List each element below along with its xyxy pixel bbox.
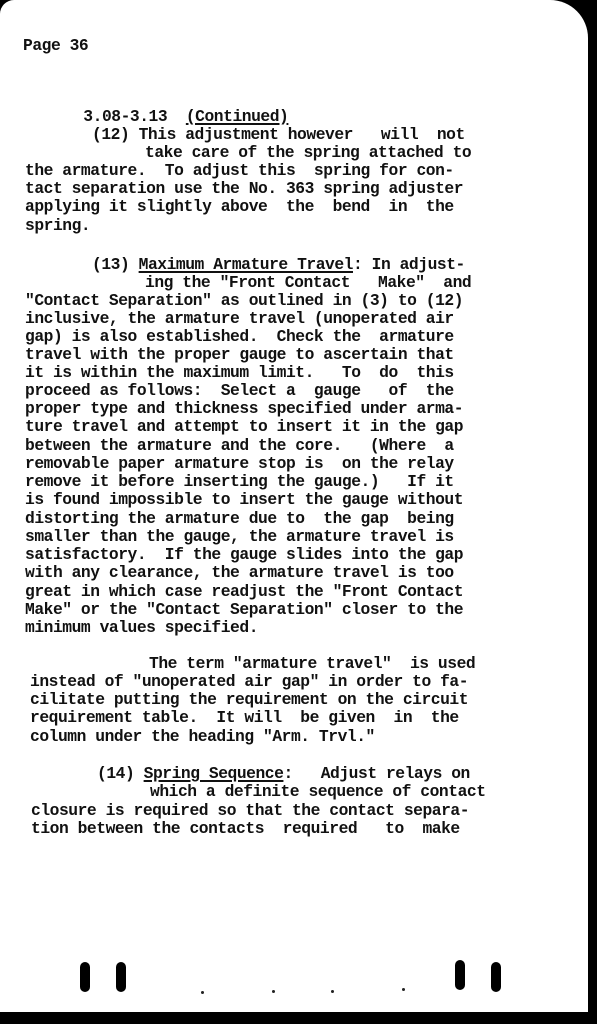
text-line: take care of the spring attached to: [145, 144, 471, 162]
paper-speck: [201, 991, 204, 994]
text-line: ing the "Front Contact Make" and: [145, 274, 471, 292]
text-line: inclusive, the armature travel (unoperat…: [25, 310, 454, 328]
item-heading: Spring Sequence: [144, 764, 284, 783]
text-line: tact separation use the No. 363 spring a…: [25, 180, 463, 198]
binding-hole: [491, 962, 501, 992]
text-line: which a definite sequence of contact: [150, 783, 486, 801]
binding-hole: [455, 960, 465, 990]
text-line: Make" or the "Contact Separation" closer…: [25, 601, 463, 619]
text-line: the armature. To adjust this spring for …: [25, 162, 454, 180]
section-number: 3.08-3.13: [83, 107, 167, 126]
text-line: cilitate putting the requirement on the …: [30, 691, 468, 709]
text-line: remove it before inserting the gauge.) I…: [25, 473, 454, 491]
section-continued-label: (Continued): [186, 107, 289, 126]
text-line: smaller than the gauge, the armature tra…: [25, 528, 454, 546]
text-line: applying it slightly above the bend in t…: [25, 198, 454, 216]
page-number: Page 36: [23, 37, 88, 55]
document-page: Page 36 3.08-3.13 (Continued) (12) This …: [0, 0, 588, 1012]
paragraph-13-first-line: (13) Maximum Armature Travel: In adjust-: [92, 256, 465, 274]
text-line: "Contact Separation" as outlined in (3) …: [25, 292, 463, 310]
text-fragment: : In adjust-: [353, 255, 465, 274]
text-line: is found impossible to insert the gauge …: [25, 491, 463, 509]
text-line: with any clearance, the armature travel …: [25, 564, 454, 582]
text-line: it is within the maximum limit. To do th…: [25, 364, 454, 382]
text-line: requirement table. It will be given in t…: [30, 709, 459, 727]
text-line: gap) is also established. Check the arma…: [25, 328, 454, 346]
paper-speck: [331, 990, 334, 993]
binding-hole: [80, 962, 90, 992]
text-line: (12) This adjustment however will not: [92, 126, 465, 144]
item-number: (13): [92, 255, 129, 274]
text-line: proper type and thickness specified unde…: [25, 400, 463, 418]
paper-speck: [272, 990, 275, 993]
text-line: proceed as follows: Select a gauge of th…: [25, 382, 454, 400]
paper-speck: [402, 988, 405, 991]
paragraph-14-first-line: (14) Spring Sequence: Adjust relays on: [97, 765, 470, 783]
item-heading: Maximum Armature Travel: [139, 255, 353, 274]
text-line: instead of "unoperated air gap" in order…: [30, 673, 468, 691]
text-line: travel with the proper gauge to ascertai…: [25, 346, 454, 364]
text-line: tion between the contacts required to ma…: [31, 820, 460, 838]
binding-hole: [116, 962, 126, 992]
text-line: ture travel and attempt to insert it in …: [25, 418, 463, 436]
text-line: between the armature and the core. (Wher…: [25, 437, 454, 455]
text-line: great in which case readjust the "Front …: [25, 583, 463, 601]
item-number: (14): [97, 764, 134, 783]
text-line: removable paper armature stop is on the …: [25, 455, 454, 473]
text-fragment: : Adjust relays on: [283, 764, 469, 783]
text-line: closure is required so that the contact …: [31, 802, 469, 820]
text-line: satisfactory. If the gauge slides into t…: [25, 546, 463, 564]
text-line: distorting the armature due to the gap b…: [25, 510, 454, 528]
text-line: spring.: [25, 217, 90, 235]
text-line: column under the heading "Arm. Trvl.": [30, 728, 375, 746]
text-line: minimum values specified.: [25, 619, 258, 637]
text-line: The term "armature travel" is used: [149, 655, 475, 673]
